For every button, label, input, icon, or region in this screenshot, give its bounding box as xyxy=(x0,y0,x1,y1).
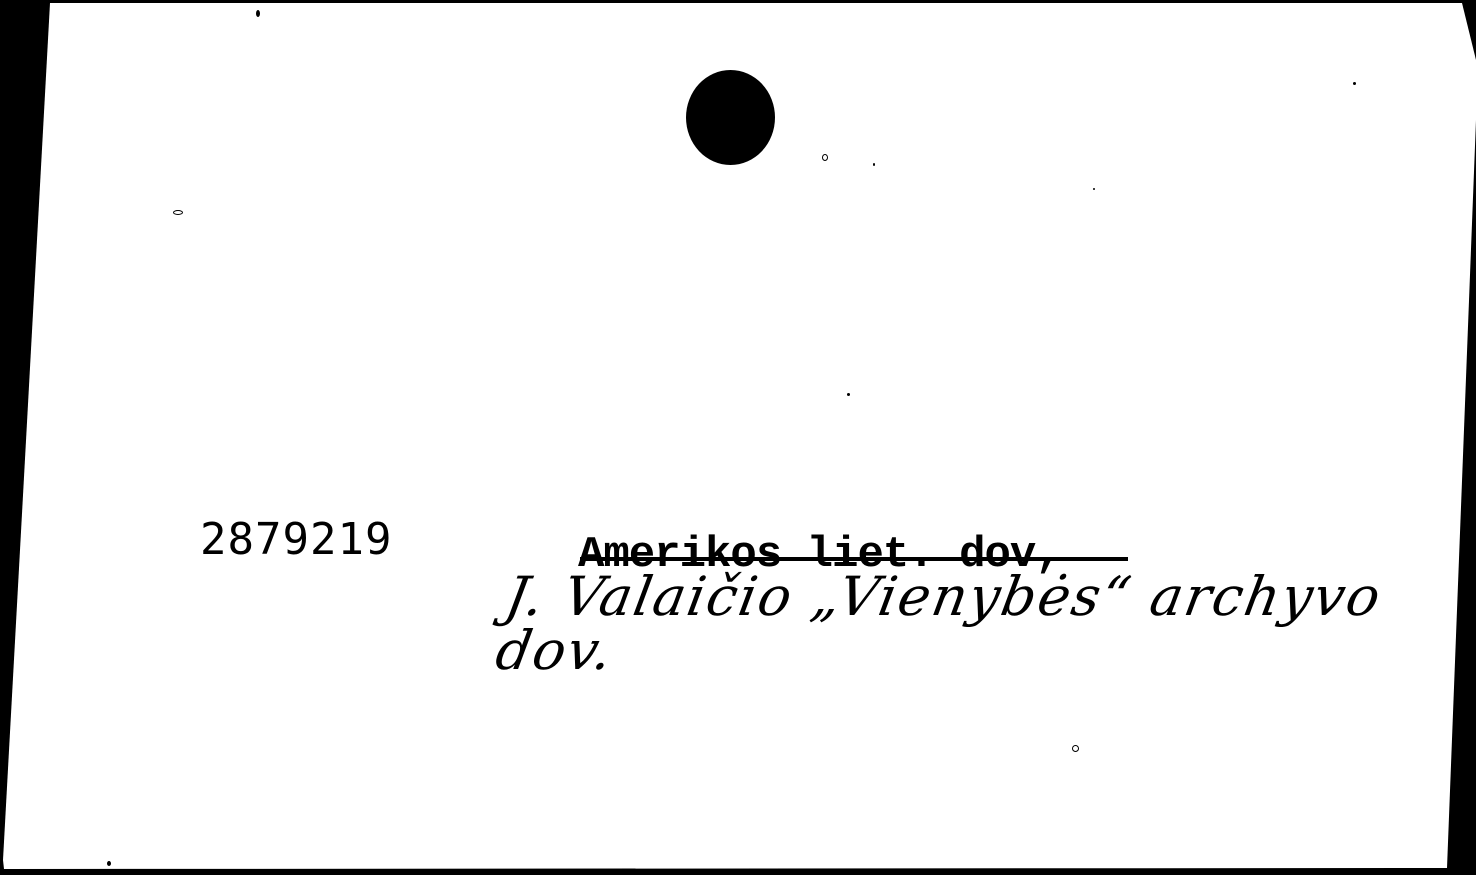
dust-speck xyxy=(256,10,260,17)
dust-speck xyxy=(1093,188,1095,190)
dust-speck xyxy=(1353,82,1356,85)
dust-speck xyxy=(873,163,875,166)
handwritten-note: J. Valaičio „Vienybės“ archyvo dov. xyxy=(492,570,1476,678)
strikethrough-line xyxy=(580,557,1128,561)
dust-speck xyxy=(1072,745,1079,752)
catalog-card: 2879219 Amerikos liet. dov, J. Valaičio … xyxy=(0,0,1476,875)
dust-speck xyxy=(107,861,111,866)
dust-speck xyxy=(173,210,183,215)
punch-hole xyxy=(686,70,775,165)
dust-speck xyxy=(847,393,850,396)
dust-speck xyxy=(822,154,828,161)
scanned-card-image: 2879219 Amerikos liet. dov, J. Valaičio … xyxy=(0,0,1476,875)
call-number: 2879219 xyxy=(200,518,392,562)
